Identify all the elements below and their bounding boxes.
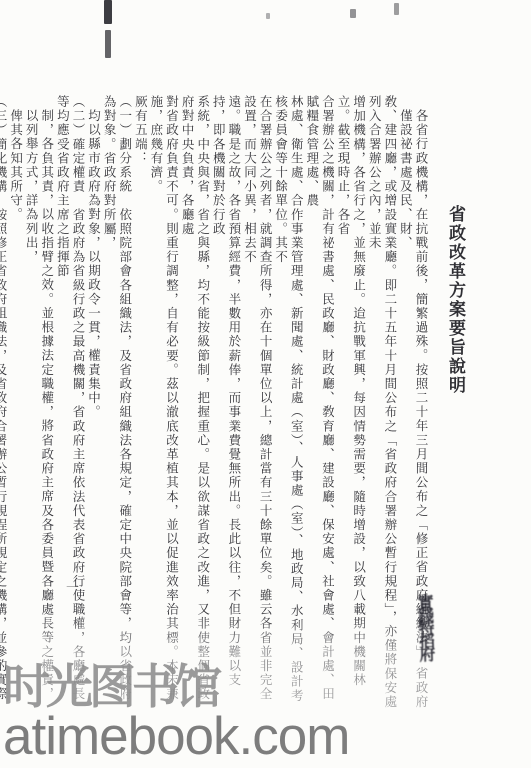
text-column: 合署辦公之機關，計有祕書處、民政廳、財政廳、敎育廳、建設廳、保安處、社會處、會計… [303,95,334,713]
text-column: 厥有五端： [132,95,148,713]
list-item-column: （二）確定權責 省政府為省級行政之最高機關，省政府主席依法代表省政府行使職權，各… [54,95,85,713]
page-number: 一 [66,577,79,596]
scanned-book-page: 省政改革方案要旨說明 各省行政機構，在抗戰前後，簡繁過殊。按照二十年三月間公布之… [0,0,531,768]
text-column: 系統，中央與省，省之與縣，均不能按級節制，把握重心。是以欲謀省政之改進，又非使整… [179,95,210,713]
scan-artifact [105,30,111,58]
text-column: 增加機構，各省行之，並無廢止。迨抗戰軍興，每因情勢需要，隨時增設，以致八載期中機… [334,95,365,713]
list-item-column: （三）簡化機構 按照修正省政府組織法，及省政府合署辦公暫行規程所規定之機構，並參… [0,95,7,713]
text-column: 遠。職是之故，各省預算經費，半數用於薪俸，而事業費覺無所出。長此以往，不但財力難… [210,95,241,713]
text-column: 敎、建四廳，或增設實業廳。即二十五年十月間公布之「省政府合署辦公暫行規程」，亦僅… [366,95,397,713]
text-column: 在合署辦公之列者，就調查所得，亦在十個單位以上，總計當有三十餘單位矣。雖云各省並… [241,95,272,713]
text-column: 俾其各知其所守。 [7,95,23,713]
text-column: 均以縣市政府為對象，以期政令一貫，權責集中。 [85,95,101,713]
scan-artifact [104,0,112,24]
scan-artifact [266,13,270,19]
watermark-site-url: atimebook.com [3,706,349,767]
text-column: 制，各負其責，以收指臂之效。並根據法定職權，將省政府主席及各委員暨各廳處長等之權… [23,95,54,713]
scan-artifact [394,3,399,15]
text-column: 林處、衛生處、合作事業管理處、新聞處、統計處（室）、人事處（室）、地政局、水利局… [272,95,303,713]
ink-stamp: 實踐特搯府 [410,594,439,660]
list-item-column: （一）劃分系統 依照院部會各組織法，及省政府組織法各規定，確定中央院部會等，均以… [101,95,132,713]
document-title: 省政改革方案要旨說明 [442,95,469,713]
scan-artifact [350,9,356,18]
text-column: 對省政府負責不可。則重行調整，自有必要。茲以澈底改革植其本，並以促進效率治其標。… [147,95,178,713]
vertical-text-block: 省政改革方案要旨說明 各省行政機構，在抗戰前後，簡繁過殊。按照二十年三月間公布之… [0,95,469,713]
